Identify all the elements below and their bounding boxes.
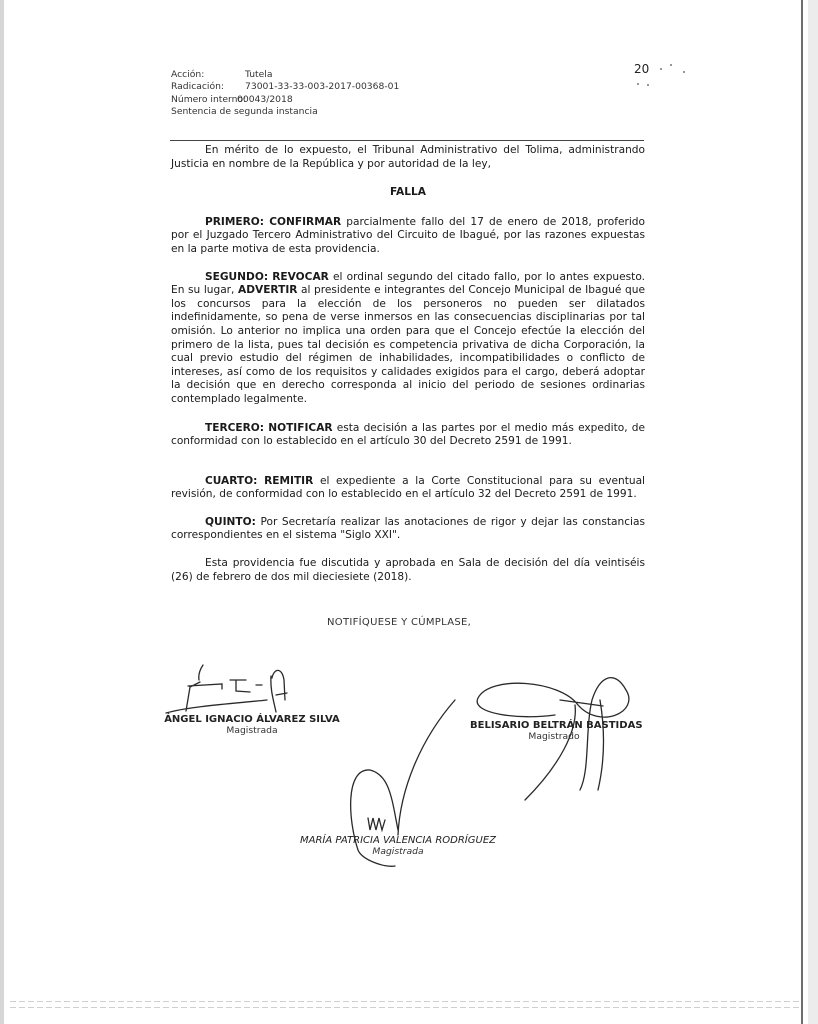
falla-heading: FALLA [171, 186, 645, 200]
header-row-accion: Acción: Tutela [171, 69, 399, 81]
signatory-role: Magistrada [290, 846, 506, 857]
scan-footer-noise [10, 1007, 800, 1008]
ordinal-quinto: QUINTO: Por Secretaría realizar las anot… [171, 516, 645, 543]
header-value: 00043/2018 [237, 94, 293, 106]
ordinal-verb: ADVERTIR [238, 284, 297, 296]
ordinal-verb: REVOCAR [272, 271, 329, 283]
header-divider [170, 140, 644, 141]
ordinal-verb: CONFIRMAR [269, 216, 341, 228]
scan-page-border [801, 0, 803, 1024]
signatory-block: ÁNGEL IGNACIO ÁLVAREZ SILVA Magistrada [163, 714, 341, 736]
page-number: 20 [634, 62, 649, 76]
ordinal-verb: NOTIFICAR [268, 422, 332, 434]
header-row-numero-interno: Número interno: 00043/2018 [171, 94, 399, 106]
scan-speck [637, 83, 639, 85]
signatory-name: MARÍA PATRICIA VALENCIA RODRÍGUEZ [290, 835, 506, 846]
ordinal-text: al presidente e integrantes del Concejo … [171, 284, 645, 405]
signatory-role: Magistrado [470, 731, 638, 742]
ordinal-verb: REMITIR [264, 475, 313, 487]
scan-footer-noise [10, 1001, 800, 1002]
ordinal-cuarto: CUARTO: REMITIR el expediente a la Corte… [171, 475, 645, 502]
header-label: Radicación: [171, 81, 245, 93]
signature-alvarez [166, 665, 287, 713]
header-row-radicacion: Radicación: 73001-33-33-003-2017-00368-0… [171, 81, 399, 93]
ordinal-label: TERCERO: [205, 422, 264, 434]
signatory-name: BELISARIO BELTRÁN BASTIDAS [470, 720, 638, 731]
header-value: 73001-33-33-003-2017-00368-01 [245, 81, 399, 93]
ordinal-label: SEGUNDO: [205, 271, 268, 283]
scan-speck [683, 71, 685, 73]
signatory-name: ÁNGEL IGNACIO ÁLVAREZ SILVA [163, 714, 341, 725]
header-label: Acción: [171, 69, 245, 81]
header-label: Número interno: [171, 94, 237, 106]
ordinal-label: CUARTO: [205, 475, 257, 487]
ordinal-label: QUINTO: [205, 516, 256, 528]
document-type: Sentencia de segunda instancia [171, 106, 399, 118]
ordinal-primero: PRIMERO: CONFIRMAR parcialmente fallo de… [171, 216, 645, 257]
signatory-block: MARÍA PATRICIA VALENCIA RODRÍGUEZ Magist… [290, 835, 506, 857]
signatory-role: Magistrada [163, 725, 341, 736]
scan-left-edge [0, 0, 4, 1024]
scan-right-edge [808, 0, 818, 1024]
ordinal-label: PRIMERO: [205, 216, 264, 228]
scan-speck [660, 68, 662, 70]
scan-speck [647, 84, 649, 86]
header-value: Tutela [245, 69, 272, 81]
ordinal-tercero: TERCERO: NOTIFICAR esta decisión a las p… [171, 422, 645, 449]
case-header: Acción: Tutela Radicación: 73001-33-33-0… [171, 69, 399, 119]
ordinal-segundo: SEGUNDO: REVOCAR el ordinal segundo del … [171, 271, 645, 407]
ruling-body: En mérito de lo expuesto, el Tribunal Ad… [171, 144, 645, 584]
signatory-block: BELISARIO BELTRÁN BASTIDAS Magistrado [470, 720, 638, 742]
scan-speck [670, 64, 672, 66]
intro-paragraph: En mérito de lo expuesto, el Tribunal Ad… [171, 144, 645, 171]
closing-formula: NOTIFÍQUESE Y CÚMPLASE, [327, 617, 471, 628]
approval-paragraph: Esta providencia fue discutida y aprobad… [171, 557, 645, 584]
